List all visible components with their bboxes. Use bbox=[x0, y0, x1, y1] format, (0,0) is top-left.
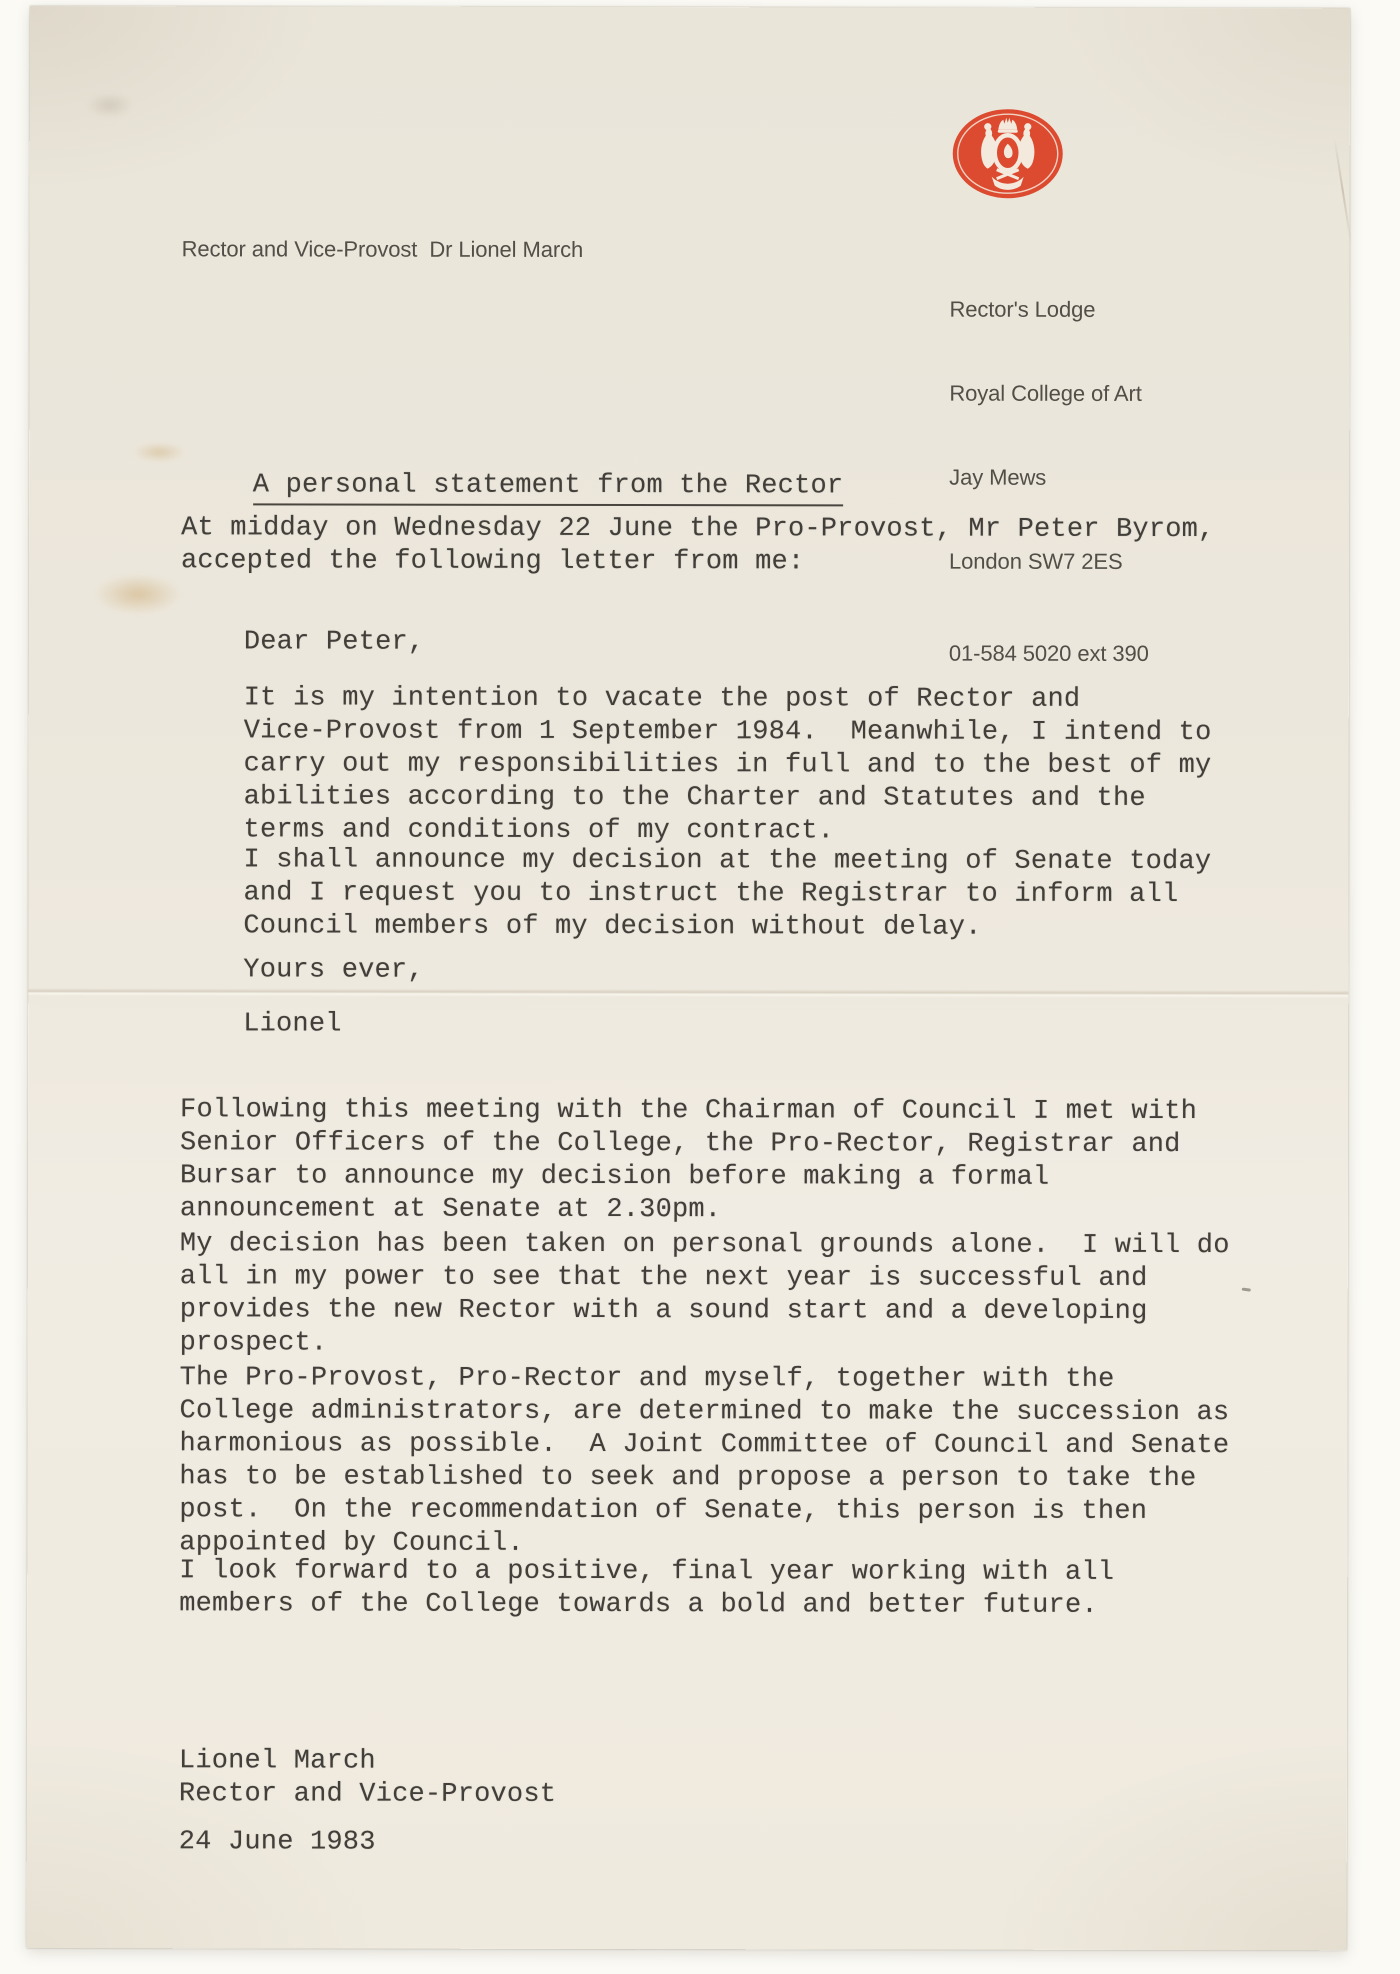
signature-block: Lionel March Rector and Vice-Provost bbox=[179, 1745, 556, 1812]
body-paragraph: The Pro-Provost, Pro-Rector and myself, … bbox=[179, 1362, 1229, 1562]
paper-stain bbox=[86, 92, 134, 118]
body-paragraph: I look forward to a positive, final year… bbox=[179, 1555, 1114, 1623]
phone-number: 01-584 5020 ext 390 bbox=[949, 640, 1149, 668]
body-paragraph: My decision has been taken on personal g… bbox=[180, 1228, 1230, 1362]
letterhead-address: Rector's Lodge Royal College of Art Jay … bbox=[949, 240, 1150, 724]
quote-signature: Lionel bbox=[243, 1008, 341, 1041]
sender-line: Rector and Vice-Provost Dr Lionel March bbox=[182, 236, 584, 263]
address-line: Jay Mews bbox=[949, 464, 1149, 492]
paper-stain bbox=[133, 442, 185, 462]
quote-paragraph: It is my intention to vacate the post of… bbox=[244, 682, 1212, 849]
address-line: Royal College of Art bbox=[949, 380, 1149, 408]
intro-paragraph: At midday on Wednesday 22 June the Pro-P… bbox=[181, 512, 1214, 580]
horizontal-fold-crease bbox=[28, 988, 1348, 998]
letter-page: Rector and Vice-Provost Dr Lionel March … bbox=[27, 6, 1350, 1950]
address-line: Rector's Lodge bbox=[949, 296, 1149, 324]
letter-date: 24 June 1983 bbox=[179, 1826, 376, 1859]
quote-paragraph: I shall announce my decision at the meet… bbox=[243, 844, 1211, 945]
ink-speck bbox=[1242, 1288, 1251, 1292]
quote-salutation: Dear Peter, bbox=[244, 626, 424, 659]
body-paragraph: Following this meeting with the Chairman… bbox=[180, 1094, 1197, 1228]
corner-crease bbox=[1333, 137, 1352, 244]
rca-crest-icon bbox=[950, 106, 1066, 202]
paper-stain bbox=[95, 574, 181, 614]
quote-valediction: Yours ever, bbox=[243, 954, 423, 987]
